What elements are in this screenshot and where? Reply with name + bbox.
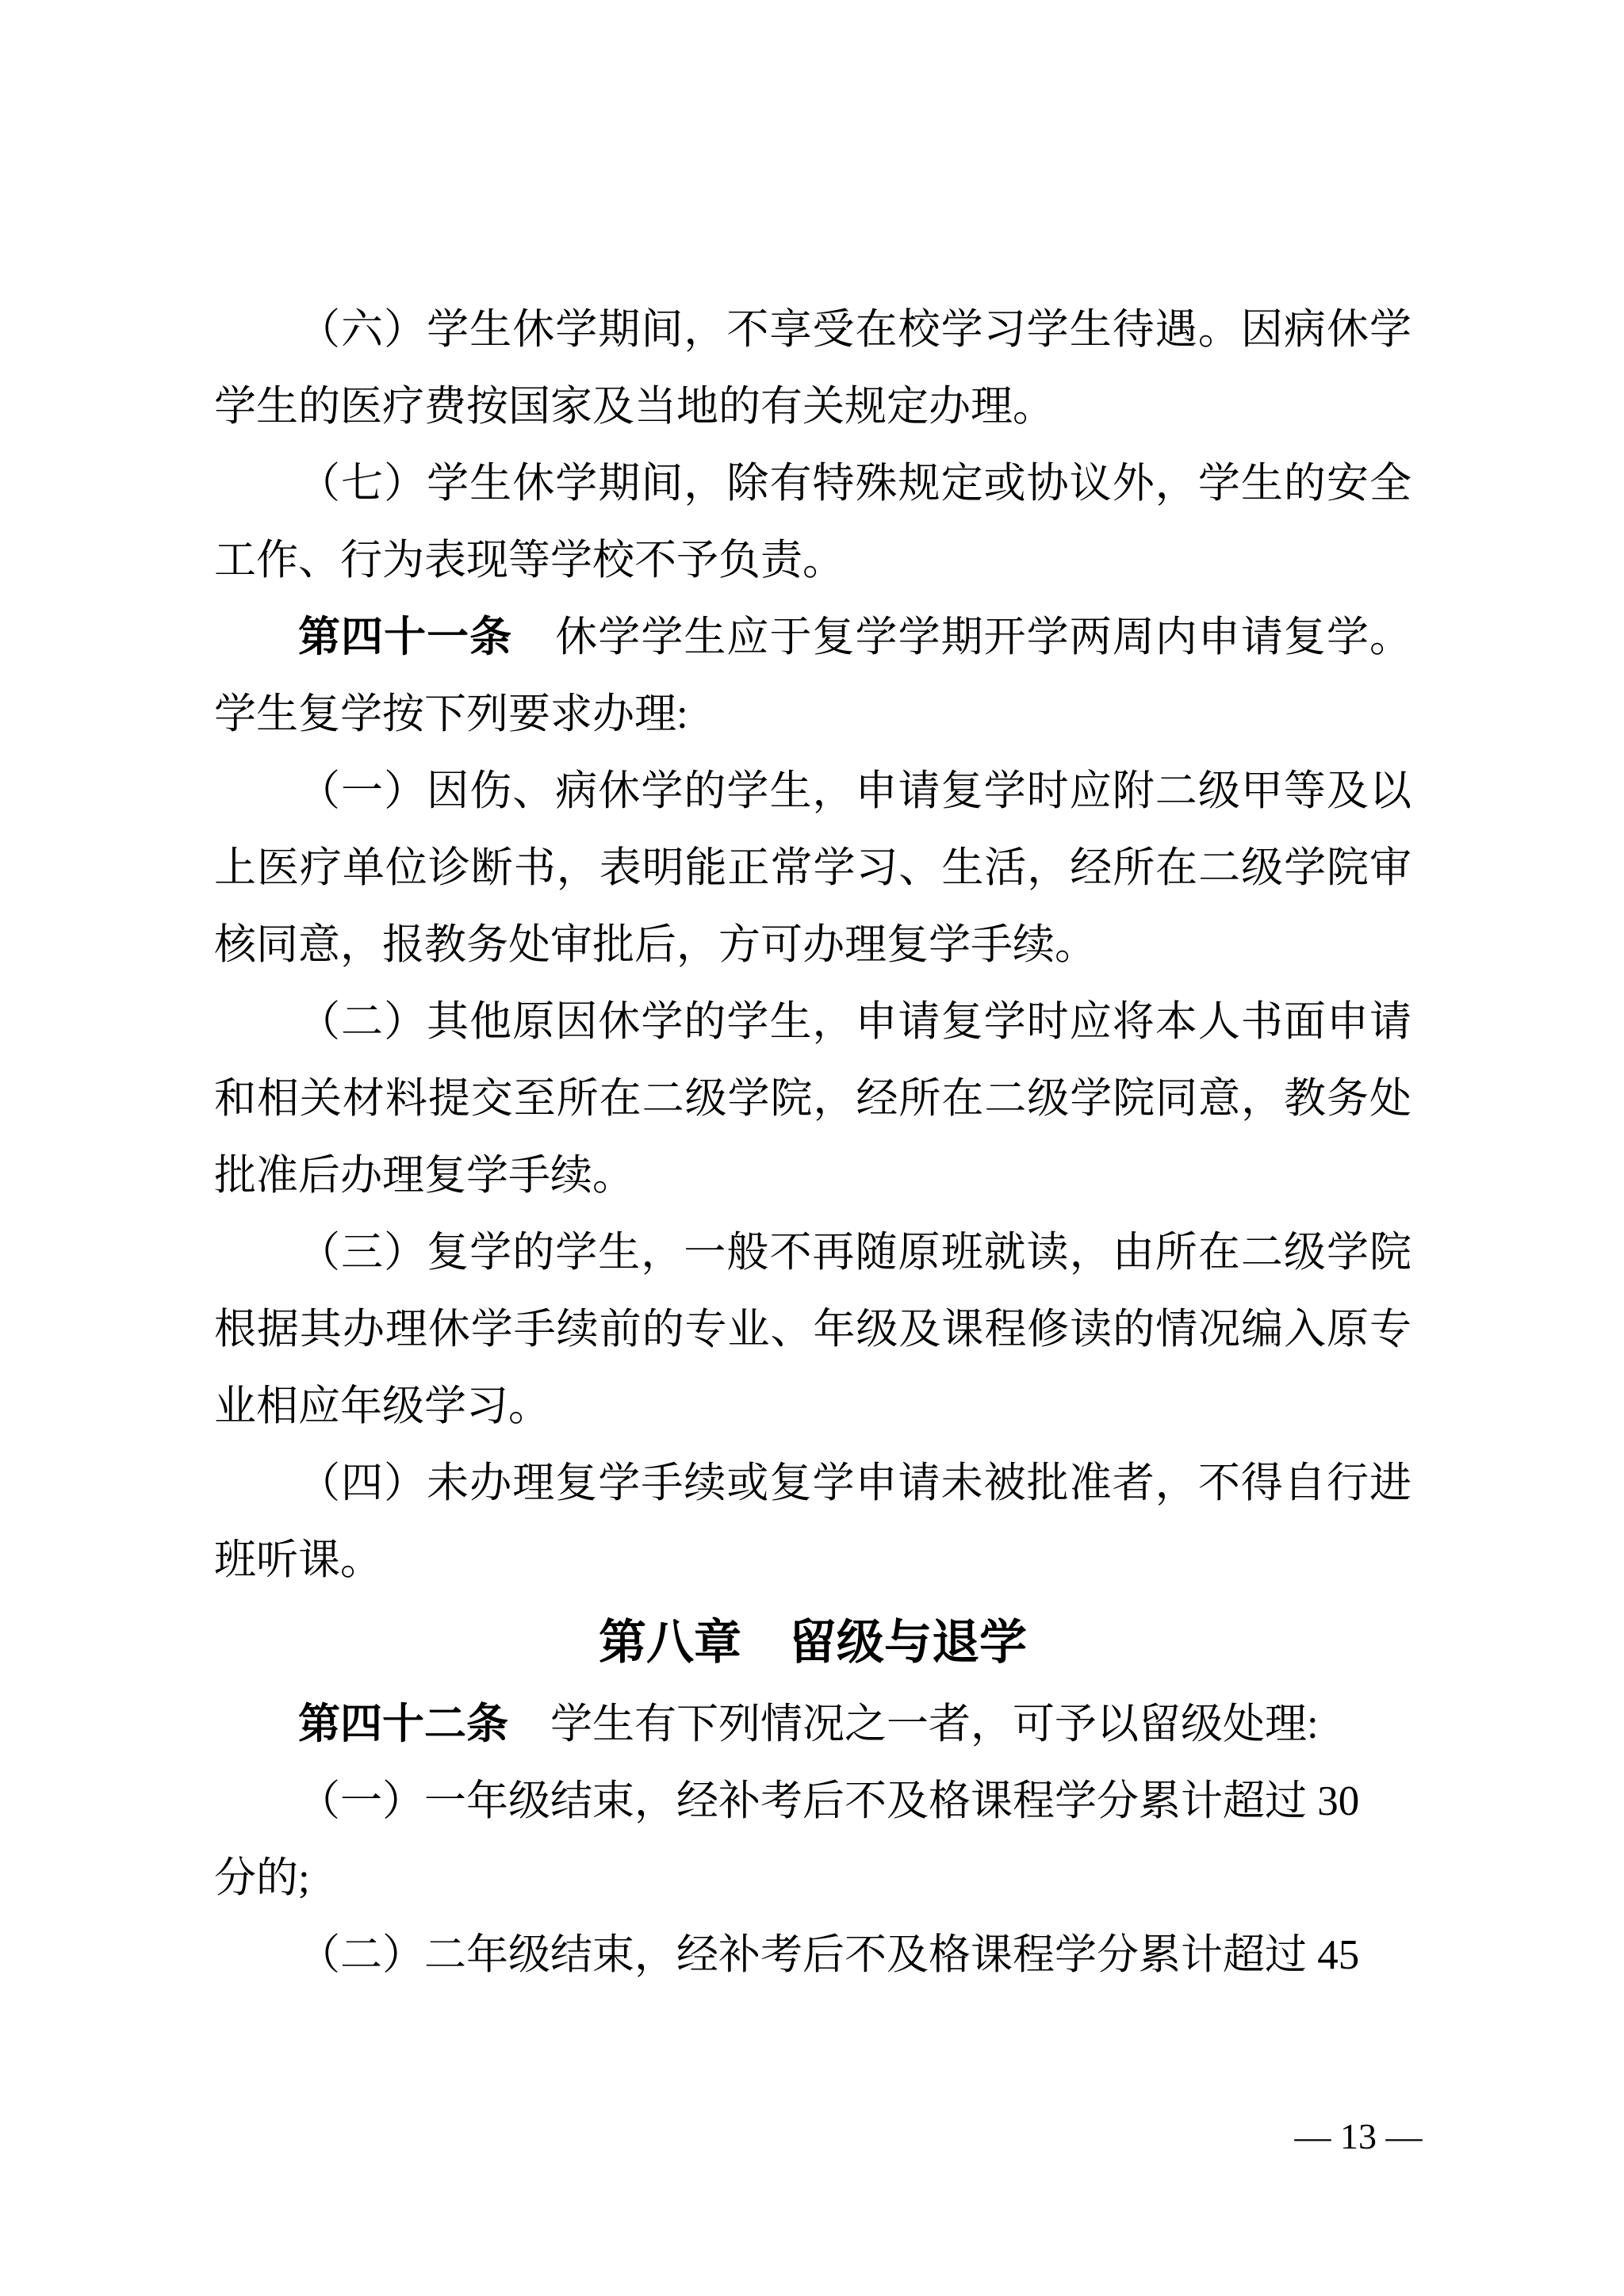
text-line: （二）二年级结束，经补考后不及格课程学分累计超过 45: [214, 1917, 1411, 1994]
line-text: 班听课。: [214, 1537, 382, 1583]
line-text: 和相关材料提交至所在二级学院，经所在二级学院同意，教务处: [214, 1076, 1411, 1122]
chapter-heading: 第八章 留级与退学: [214, 1599, 1411, 1686]
text-line: 学生复学按下列要求办理:: [214, 676, 1411, 753]
article-number: 第四十二条: [298, 1701, 508, 1747]
text-line: （三）复学的学生，一般不再随原班就读，由所在二级学院: [214, 1215, 1411, 1291]
text-line: 工作、行为表现等学校不予负责。: [214, 522, 1411, 599]
page-number: — 13 —: [1267, 2109, 1450, 2164]
text-line: 根据其办理休学手续前的专业、年级及课程修读的情况编入原专: [214, 1291, 1411, 1368]
line-text: 核同意，报教务处审批后，方可办理复学手续。: [214, 922, 1097, 968]
text-line: 和相关材料提交至所在二级学院，经所在二级学院同意，教务处: [214, 1061, 1411, 1138]
line-text: （一）一年级结束，经补考后不及格课程学分累计超过 30: [298, 1778, 1359, 1824]
text-line: （四）未办理复学手续或复学申请未被批准者，不得自行进: [214, 1445, 1411, 1522]
text-line: 业相应年级学习。: [214, 1368, 1411, 1445]
line-text: （三）复学的学生，一般不再随原班就读，由所在二级学院: [298, 1230, 1411, 1276]
line-text: 学生有下列情况之一者，可予以留级处理:: [508, 1701, 1319, 1747]
line-text: （二）二年级结束，经补考后不及格课程学分累计超过 45: [298, 1932, 1359, 1978]
line-text: （六）学生休学期间，不享受在校学习学生待遇。因病休学: [298, 307, 1411, 353]
line-text: 学生的医疗费按国家及当地的有关规定办理。: [214, 384, 1055, 430]
text-line: 班听课。: [214, 1522, 1411, 1599]
line-text: （四）未办理复学手续或复学申请未被批准者，不得自行进: [298, 1460, 1411, 1506]
text-line: 学生的医疗费按国家及当地的有关规定办理。: [214, 369, 1411, 446]
line-text: （一）因伤、病休学的学生，申请复学时应附二级甲等及以: [298, 768, 1411, 814]
text-line: 第四十一条 休学学生应于复学学期开学两周内申请复学。: [214, 599, 1411, 676]
line-text: 业相应年级学习。: [214, 1383, 550, 1429]
text-line: （七）学生休学期间，除有特殊规定或协议外，学生的安全: [214, 446, 1411, 522]
line-text: 休学学生应于复学学期开学两周内申请复学。: [512, 614, 1411, 660]
document-text-block: （六）学生休学期间，不享受在校学习学生待遇。因病休学 学生的医疗费按国家及当地的…: [214, 292, 1411, 1994]
document-page: { "page": { "background_color": "#ffffff…: [0, 0, 1624, 2296]
text-line: 上医疗单位诊断书，表明能正常学习、生活，经所在二级学院审: [214, 830, 1411, 907]
line-text: 工作、行为表现等学校不予负责。: [214, 538, 845, 584]
text-line: （二）其他原因休学的学生，申请复学时应将本人书面申请: [214, 984, 1411, 1061]
text-line: （一）一年级结束，经补考后不及格课程学分累计超过 30: [214, 1763, 1411, 1840]
line-text: 批准后办理复学手续。: [214, 1153, 634, 1199]
text-line: 分的;: [214, 1840, 1411, 1917]
line-text: （二）其他原因休学的学生，申请复学时应将本人书面申请: [298, 999, 1411, 1045]
line-text: 学生复学按下列要求办理:: [214, 691, 688, 737]
text-line: 核同意，报教务处审批后，方可办理复学手续。: [214, 907, 1411, 984]
line-text: （七）学生休学期间，除有特殊规定或协议外，学生的安全: [298, 461, 1411, 507]
text-line: 第四十二条 学生有下列情况之一者，可予以留级处理:: [214, 1686, 1411, 1763]
line-text: 根据其办理休学手续前的专业、年级及课程修读的情况编入原专: [214, 1307, 1411, 1353]
page-background: （六）学生休学期间，不享受在校学习学生待遇。因病休学 学生的医疗费按国家及当地的…: [0, 0, 1624, 2296]
line-text: 上医疗单位诊断书，表明能正常学习、生活，经所在二级学院审: [214, 845, 1411, 891]
text-line: （六）学生休学期间，不享受在校学习学生待遇。因病休学: [214, 292, 1411, 369]
article-number: 第四十一条: [298, 614, 512, 660]
text-line: 批准后办理复学手续。: [214, 1138, 1411, 1215]
text-line: （一）因伤、病休学的学生，申请复学时应附二级甲等及以: [214, 753, 1411, 830]
line-text: 分的;: [214, 1855, 310, 1901]
